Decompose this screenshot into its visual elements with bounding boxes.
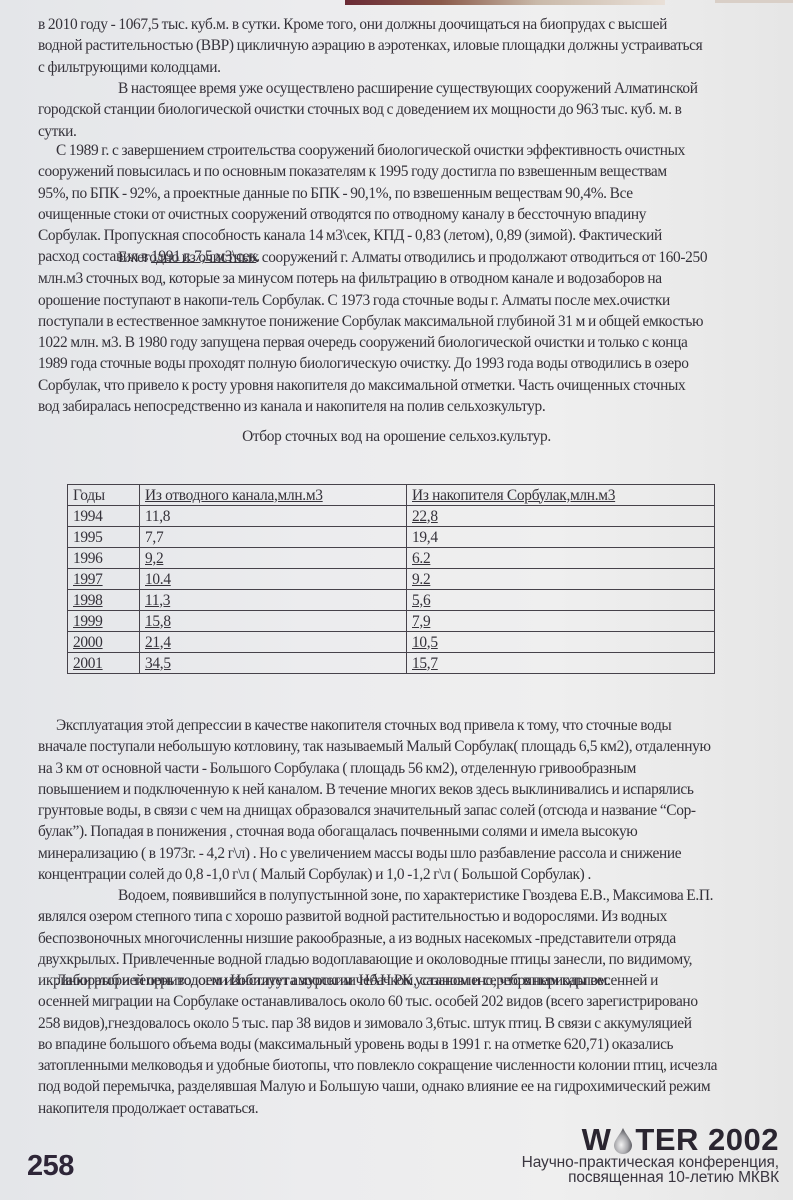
canal-value-cell: 21,4 [140, 632, 407, 653]
year-cell: 1999 [68, 611, 140, 632]
year-cell: 1997 [68, 569, 140, 590]
irrigation-table: Годы Из отводного канала,млн.м3 Из накоп… [67, 484, 715, 674]
conference-subtitle-1: Научно-практическая конференция, [522, 1155, 779, 1170]
table-row: 199411,822,8 [68, 506, 715, 527]
text-line: сооружений повысилась и по основным пока… [38, 161, 768, 182]
text-line: городской станции биологической очистки … [38, 99, 768, 120]
text-line: В настоящее время уже осуществлено расши… [38, 78, 768, 99]
paragraph-4: Ежегодно из очистных сооружений г. Алмат… [38, 247, 768, 417]
text-span: В настоящее время уже осуществлено расши… [118, 80, 698, 97]
text-span: С 1989 г. с завершением строительства со… [56, 142, 685, 159]
year-cell: 1996 [68, 548, 140, 569]
text-line: поступали в естественное замкнутое пониж… [38, 311, 768, 332]
canal-value-cell: 7,7 [140, 527, 407, 548]
text-line: грунтовые воды, в связи с чем на днищах … [38, 800, 768, 821]
text-line: Водоем, появившийся в полупустынной зоне… [38, 885, 768, 906]
text-line: являлся озером степного типа с хорошо ра… [38, 906, 768, 927]
text-line: 95%, по БПК - 92%, а проектные данные по… [38, 183, 768, 204]
text-span: Ежегодно из очистных сооружений г. Алмат… [118, 249, 707, 266]
year-cell: 1998 [68, 590, 140, 611]
text-line: Ежегодно из очистных сооружений г. Алмат… [38, 247, 768, 268]
text-line: затопленными мелководья и удобные биотоп… [38, 1055, 768, 1076]
table-header-row: Годы Из отводного канала,млн.м3 Из накоп… [68, 485, 715, 506]
reservoir-value-cell: 5,6 [407, 590, 715, 611]
text-line: повышением и подключенную к ней каналом.… [38, 779, 768, 800]
text-span: Эксплуатация этой депрессии в качестве н… [56, 717, 671, 734]
year-cell: 2000 [68, 632, 140, 653]
table-row: 200021,410,5 [68, 632, 715, 653]
table-row: 199915,87,9 [68, 611, 715, 632]
text-line: в 2010 году - 1067,5 тыс. куб.м. в сутки… [38, 14, 768, 35]
column-header-reservoir: Из накопителя Сорбулак,млн.м3 [407, 485, 715, 506]
text-line: 1989 года сточные воды проходят полную б… [38, 353, 768, 374]
table-row: 200134,515,7 [68, 653, 715, 674]
year-cell: 1994 [68, 506, 140, 527]
canal-value-cell: 34,5 [140, 653, 407, 674]
text-line: концентрации солей до 0,8 -1,0 г\л ( Мал… [38, 864, 768, 885]
text-line: на 3 км от основной части - Большого Сор… [38, 758, 768, 779]
text-span: Лабораторией орнитологии Института зооло… [56, 972, 658, 989]
table-row: 19957,719,4 [68, 527, 715, 548]
year-cell: 1995 [68, 527, 140, 548]
reservoir-value-cell: 22,8 [407, 506, 715, 527]
text-line: млн.м3 сточных вод, которые за минусом п… [38, 268, 768, 289]
reservoir-value-cell: 6.2 [407, 548, 715, 569]
reservoir-value-cell: 15,7 [407, 653, 715, 674]
logo-text: W [582, 1124, 612, 1155]
text-line: булак”). Попадая в понижения , сточная в… [38, 821, 768, 842]
text-line: двухкрылых. Привлеченные водной гладью в… [38, 949, 768, 970]
photo-fragment [715, 0, 793, 3]
text-line: минерализацию ( в 1973г. - 4,2 г\л) . Но… [38, 843, 768, 864]
brand-logo: W TER 2002 [522, 1124, 779, 1155]
table-row: 199811,35,6 [68, 590, 715, 611]
conference-brand: W TER 2002 Научно-практическая конференц… [522, 1124, 779, 1185]
canal-value-cell: 15,8 [140, 611, 407, 632]
top-photo-strip [0, 0, 793, 6]
text-line: накопителя продолжает оставаться. [38, 1098, 768, 1119]
text-line: С 1989 г. с завершением строительства со… [38, 140, 768, 161]
table-row: 199710.49.2 [68, 569, 715, 590]
page-number: 258 [27, 1150, 74, 1183]
text-line: беспозвоночных многочисленны низшие рако… [38, 928, 768, 949]
canal-value-cell: 10.4 [140, 569, 407, 590]
text-line: во впадине большого объема воды (максима… [38, 1034, 768, 1055]
paragraph-5: Эксплуатация этой депрессии в качестве н… [38, 715, 768, 885]
paragraph-2: В настоящее время уже осуществлено расши… [38, 78, 768, 142]
conference-subtitle-2: посвященная 10-летию МКВК [522, 1170, 779, 1185]
paragraph-7: Лабораторией орнитологии Института зооло… [38, 970, 768, 1119]
text-line: вначале поступали небольшую котловину, т… [38, 736, 768, 757]
text-line: вод забиралась непосредственно из канала… [38, 396, 768, 417]
water-drop-icon [613, 1127, 633, 1154]
reservoir-value-cell: 9.2 [407, 569, 715, 590]
text-line: очищенные стоки от очистных сооружений о… [38, 204, 768, 225]
text-line: водной растительностью (ВВР) цикличную а… [38, 35, 768, 56]
text-line: Сорбулак. Пропускная способность канала … [38, 225, 768, 246]
text-line: сутки. [38, 121, 768, 142]
paragraph-1: в 2010 году - 1067,5 тыс. куб.м. в сутки… [38, 14, 768, 78]
table-caption: Отбор сточных вод на орошение сельхоз.ку… [0, 428, 793, 446]
column-header-years: Годы [68, 485, 140, 506]
reservoir-value-cell: 19,4 [407, 527, 715, 548]
text-line: Лабораторией орнитологии Института зооло… [38, 970, 768, 991]
text-line: с фильтрующими колодцами. [38, 57, 768, 78]
text-line: орошение поступают в накопи-тель Сорбула… [38, 290, 768, 311]
text-line: Эксплуатация этой депрессии в качестве н… [38, 715, 768, 736]
text-line: 258 видов),гнездовалось около 5 тыс. пар… [38, 1013, 768, 1034]
canal-value-cell: 9,2 [140, 548, 407, 569]
text-line: Сорбулак, что привело к росту уровня нак… [38, 375, 768, 396]
reservoir-value-cell: 7,9 [407, 611, 715, 632]
reservoir-value-cell: 10,5 [407, 632, 715, 653]
text-span: Водоем, появившийся в полупустынной зоне… [118, 887, 713, 904]
photo-fragment [345, 0, 665, 5]
logo-text: TER 2002 [635, 1124, 779, 1155]
text-line: под водой перемычка, разделявшая Малую и… [38, 1076, 768, 1097]
text-line: 1022 млн. м3. В 1980 году запущена перва… [38, 332, 768, 353]
canal-value-cell: 11,8 [140, 506, 407, 527]
table-row: 19969,26.2 [68, 548, 715, 569]
text-line: осенней миграции на Сорбулаке останавлив… [38, 991, 768, 1012]
canal-value-cell: 11,3 [140, 590, 407, 611]
year-cell: 2001 [68, 653, 140, 674]
column-header-canal: Из отводного канала,млн.м3 [140, 485, 407, 506]
